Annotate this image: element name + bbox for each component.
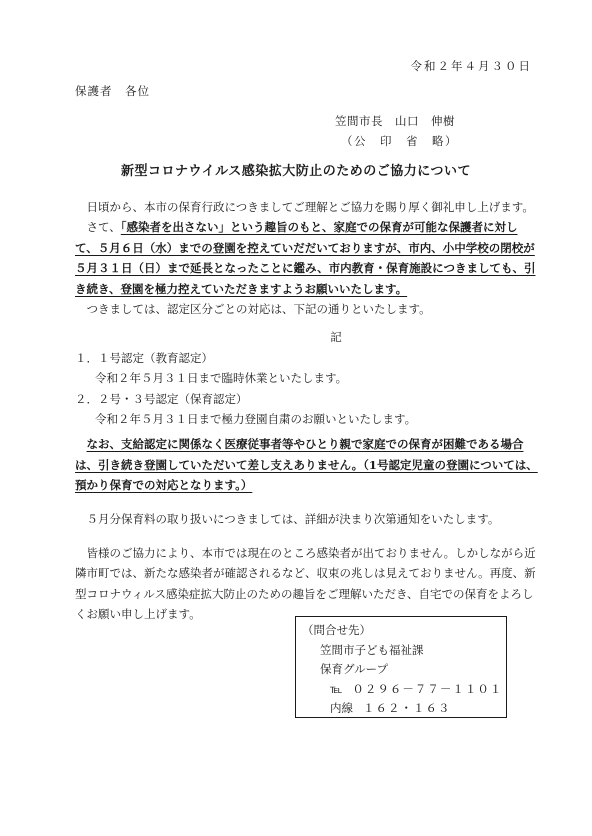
contact-department: 笠間市子ども福祉課 <box>302 641 500 661</box>
paragraph-closing-line-2: 隣市町では、新たな感染者が確認されるなど、収束の兆しは見えておりません。再度、新 <box>75 563 535 583</box>
request-prefix: さて、 <box>75 220 121 234</box>
request-emphasis-4: き続き、登園を極力控えていただきますようお願いいたします。 <box>75 282 407 296</box>
paragraph-closing-line-1: 皆様のご協力により、本市では現在のところ感染者が出ておりません。しかしながら近 <box>75 543 535 563</box>
recipient-line: 保護者 各位 <box>75 81 150 101</box>
exception-emphasis-2: は、引き続き登園していただいて差し支えありません。（1号認定児童の登園については… <box>75 458 538 472</box>
paragraph-greeting: 日頃から、本市の保育行政につきましてご理解とご協力を賜り厚く御礼申し上げます。 <box>75 197 535 217</box>
paragraph-request-line-4: き続き、登園を極力控えていただきますようお願いいたします。 <box>75 279 535 299</box>
ki-heading: 記 <box>75 327 535 347</box>
contact-label: （問合せ先） <box>302 621 500 641</box>
contact-info-box: （問合せ先） 笠間市子ども福祉課 保育グループ ℡０２９６－７７－１１０１ 内線… <box>295 616 507 718</box>
document-title: 新型コロナウイルス感染拡大防止のためのご協力について <box>0 160 592 179</box>
list-item-2-body: 令和２年５月３１日まで極力登園自粛のお願いといたします。 <box>75 409 535 429</box>
paragraph-exception-line-2: は、引き続き登園していただいて差し支えありません。（1号認定児童の登園については… <box>75 455 535 475</box>
document-date: 令和２年４月３０日 <box>411 56 533 76</box>
contact-extension-number: １６２・１６３ <box>363 701 451 715</box>
paragraph-exception-line-3: 預かり保育での対応となります。） <box>75 475 535 495</box>
paragraph-exception-line-1: なお、支給認定に関係なく医療従事者等やひとり親で家庭での保育が困難である場合 <box>75 434 535 454</box>
paragraph-fees-notice: ５月分保育料の取り扱いにつきましては、詳細が決まり次第通知をいたします。 <box>75 509 535 529</box>
list-item-1-title: １．１号認定（教育認定） <box>75 348 535 368</box>
exception-indent <box>75 437 87 451</box>
paragraph-request-line-3: ５月３１日（日）まで延長となったことに鑑み、市内教育・保育施設につきましても、引 <box>75 258 535 278</box>
contact-group: 保育グループ <box>302 660 500 680</box>
request-emphasis-3: ５月３１日（日）まで延長となったことに鑑み、市内教育・保育施設につきましても、引 <box>75 261 535 275</box>
paragraph-request-line-1: さて、「感染者を出さない」という趣旨のもと、家庭での保育が可能な保護者に対し <box>75 217 535 237</box>
seal-omitted-note: （公 印 省 略） <box>341 131 458 151</box>
contact-telephone-line: ℡０２９６－７７－１１０１ <box>302 680 500 700</box>
tel-icon: ℡ <box>330 682 342 696</box>
request-emphasis-1: 「感染者を出さない」という趣旨のもと、家庭での保育が可能な保護者に対し <box>121 220 518 234</box>
document-page: 令和２年４月３０日 保護者 各位 笠間市長 山口 伸樹 （公 印 省 略） 新型… <box>0 0 592 836</box>
list-item-1-body: 令和２年５月３１日まで臨時休業といたします。 <box>75 368 535 388</box>
paragraph-intro-to-list: つきましては、認定区分ごとの対応は、下記の通りといたします。 <box>75 299 535 319</box>
exception-emphasis-3: 預かり保育での対応となります。） <box>75 478 252 492</box>
list-item-2-title: ２．２号・３号認定（保育認定） <box>75 389 535 409</box>
exception-emphasis-1: なお、支給認定に関係なく医療従事者等やひとり親で家庭での保育が困難である場合 <box>87 437 524 451</box>
document-body: 日頃から、本市の保育行政につきましてご理解とご協力を賜り厚く御礼申し上げます。 … <box>75 197 535 625</box>
contact-telephone-number: ０２９６－７７－１１０１ <box>352 682 502 696</box>
extension-label: 内線 <box>330 701 353 715</box>
contact-extension-line: 内線１６２・１６３ <box>302 699 500 719</box>
request-emphasis-2: て、５月６日（水）までの登園を控えていだだいておりますが、市内、小中学校の閉校が <box>75 241 535 255</box>
paragraph-request-line-2: て、５月６日（水）までの登園を控えていだだいておりますが、市内、小中学校の閉校が <box>75 238 535 258</box>
sender-name: 笠間市長 山口 伸樹 <box>335 111 455 131</box>
paragraph-closing-line-3: 型コロナウィルス感染症拡大防止のための趣旨をご理解いただき、自宅での保育をよろし <box>75 584 535 604</box>
